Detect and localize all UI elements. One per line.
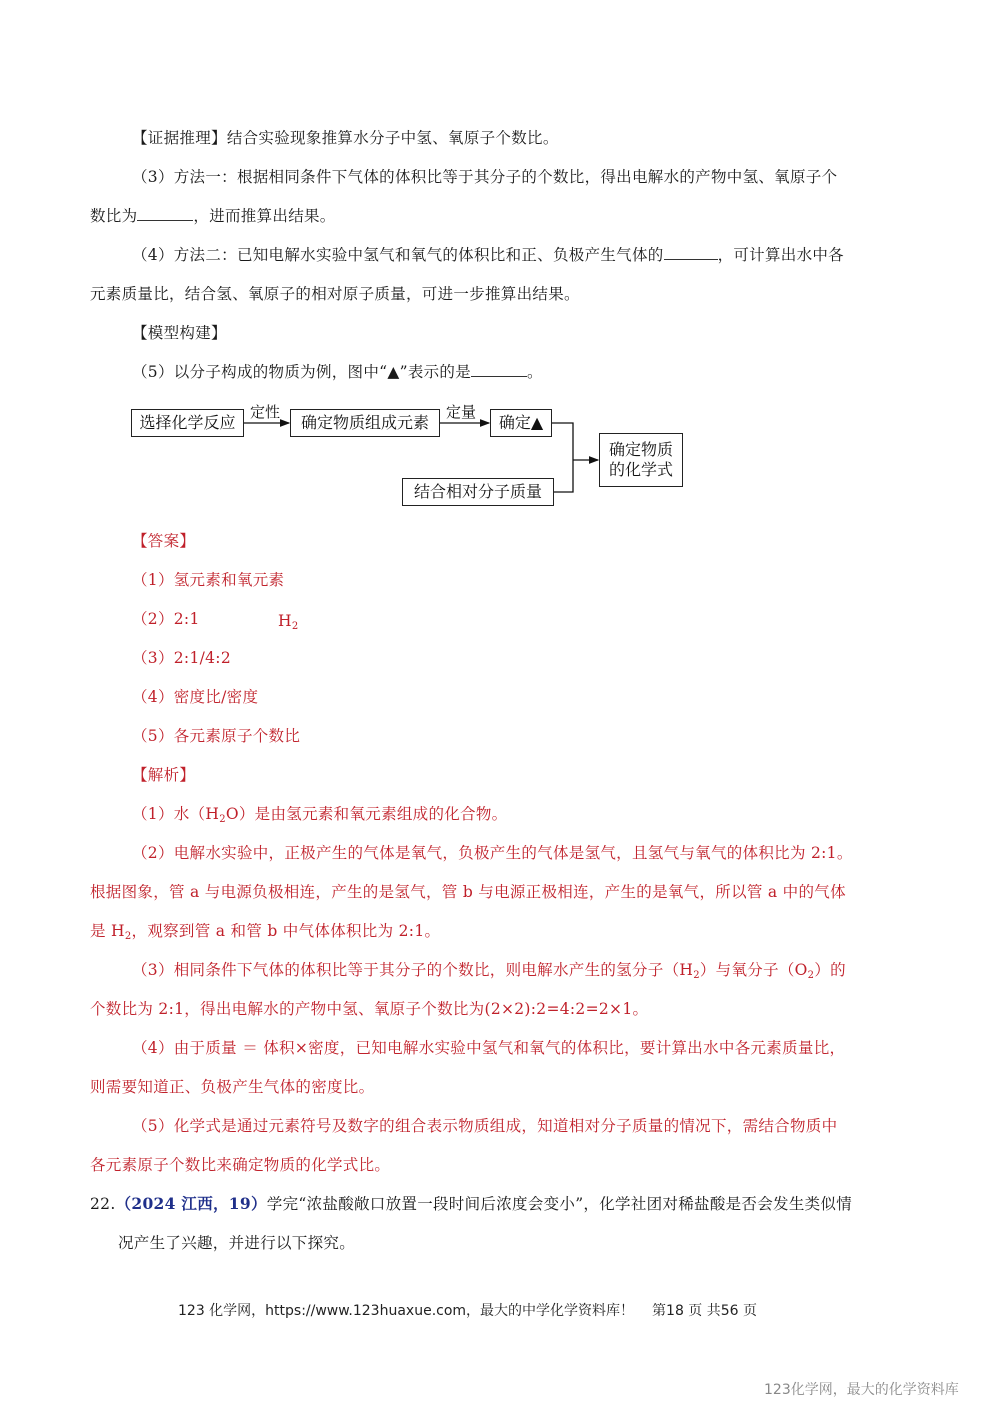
answer-heading: 【答案】 (132, 531, 195, 551)
answer-item-3: （3）2:1/4:2 (132, 648, 231, 668)
analysis-p3-line1: （3）相同条件下气体的体积比等于其分子的个数比，则电解水产生的氢分子（H2）与氧… (132, 960, 846, 980)
answer-item-5: （5）各元素原子个数比 (132, 726, 300, 746)
answer-item-4: （4）密度比/密度 (132, 687, 258, 707)
question-22-line2: 况产生了兴趣，并进行以下探究。 (118, 1233, 355, 1253)
answer-item-2-ratio: （2）2:1 (132, 610, 200, 628)
question-22-line1: 22.（2024 江西，19）学完“浓盐酸敞口放置一段时间后浓度会变小”，化学社… (90, 1194, 852, 1214)
question-number: 22. (90, 1195, 116, 1213)
answer-item-1: （1）氢元素和氧元素 (132, 570, 284, 590)
analysis-p2-line3-post: ，观察到管 a 和管 b 中气体体积比为 2:1。 (132, 922, 441, 940)
answer-item-2-formula: H2 (278, 611, 299, 631)
analysis-heading: 【解析】 (132, 765, 195, 785)
formula-sub: 2 (292, 621, 299, 632)
footer-page-number: 第18 页 共56 页 (652, 1303, 757, 1319)
analysis-p2-line2: 根据图象，管 a 与电源负极相连，产生的是氢气，管 b 与电源正极相连，产生的是… (90, 882, 846, 902)
analysis-p1-sub: 2 (219, 814, 226, 825)
page-footer: 123 化学网，https://www.123huaxue.com，最大的中学化… (178, 1300, 757, 1320)
analysis-p1-post: O）是由氢元素和氧元素组成的化合物。 (226, 805, 508, 823)
analysis-p4-line2: 则需要知道正、负极产生气体的密度比。 (90, 1077, 374, 1097)
analysis-p3-line2: 个数比为 2:1，得出电解水的产物中氢、氧原子个数比为(2×2):2=4:2=2… (90, 999, 648, 1019)
analysis-p2-line3-sub: 2 (125, 931, 132, 942)
watermark: 123化学网，最大的化学资料库 (764, 1379, 959, 1399)
analysis-p1: （1）水（H2O）是由氢元素和氧元素组成的化合物。 (132, 804, 507, 824)
analysis-p1-pre: （1）水（H (132, 805, 219, 823)
analysis-p2-line1: （2）电解水实验中，正极产生的气体是氧气，负极产生的气体是氢气，且氢气与氧气的体… (132, 843, 853, 863)
analysis-p3-pre: （3）相同条件下气体的体积比等于其分子的个数比，则电解水产生的氢分子（H (132, 961, 693, 979)
question-22-text: 学完“浓盐酸敞口放置一段时间后浓度会变小”，化学社团对稀盐酸是否会发生类似情 (267, 1195, 852, 1213)
footer-site-text: 123 化学网，https://www.123huaxue.com，最大的中学化… (178, 1303, 634, 1319)
analysis-p5-line1: （5）化学式是通过元素符号及数字的组合表示物质组成，知道相对分子质量的情况下，需… (132, 1116, 837, 1136)
question-source: （2024 江西，19） (116, 1194, 267, 1213)
answer-item-2: （2）2:1 (132, 609, 200, 629)
analysis-p2-line3-pre: 是 H (90, 922, 125, 940)
analysis-p2-line3: 是 H2，观察到管 a 和管 b 中气体体积比为 2:1。 (90, 921, 440, 941)
analysis-p3-post: ）的 (814, 961, 846, 979)
formula-h: H (278, 612, 292, 630)
analysis-p4-line1: （4）由于质量 ＝ 体积×密度，已知电解水实验中氢气和氧气的体积比，要计算出水中… (132, 1038, 845, 1058)
analysis-p3-mid: ）与氧分子（O (700, 961, 808, 979)
analysis-p5-line2: 各元素原子个数比来确定物质的化学式比。 (90, 1155, 390, 1175)
analysis-p3-sub1: 2 (693, 970, 700, 981)
